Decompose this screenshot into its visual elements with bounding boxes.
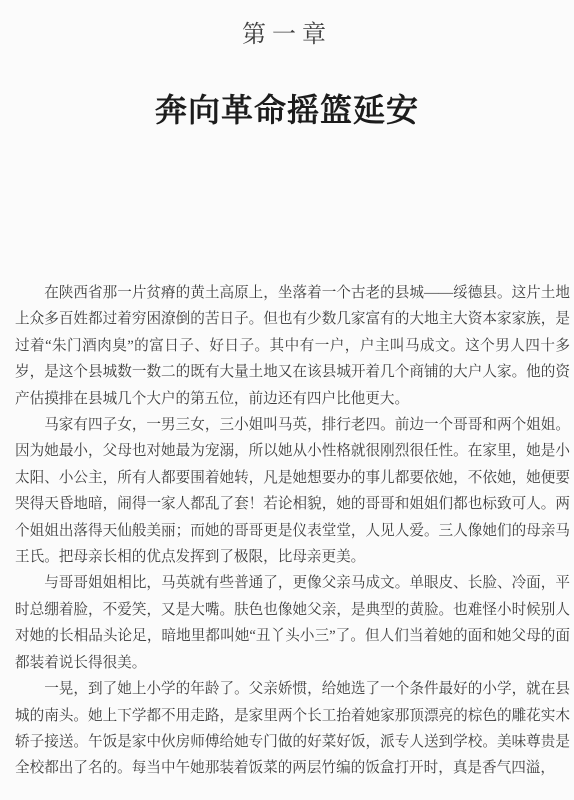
paragraph-4: 一晃，到了她上小学的年龄了。父亲娇惯，给她选了一个条件最好的小学，就在县城的南头…: [15, 676, 570, 782]
chapter-body: 在陕西省那一片贫瘠的黄土高原上，坐落着一个古老的县城——绥德县。这片土地上众多百…: [15, 280, 570, 782]
chapter-number-heading: 第一章: [0, 22, 574, 48]
paragraph-3: 与哥哥姐姐相比，马英就有些普通了，更像父亲马成文。单眼皮、长脸、冷面，平时总绷着…: [15, 570, 570, 676]
paragraph-2: 马家有四子女，一男三女，三小姐叫马英，排行老四。前边一个哥哥和两个姐姐。因为她最…: [15, 412, 570, 570]
chapter-title: 奔向革命摇篮延安: [0, 91, 574, 129]
book-page: 第一章 奔向革命摇篮延安 在陕西省那一片贫瘠的黄土高原上，坐落着一个古老的县城—…: [0, 0, 574, 800]
paragraph-1: 在陕西省那一片贫瘠的黄土高原上，坐落着一个古老的县城——绥德县。这片土地上众多百…: [15, 280, 570, 412]
